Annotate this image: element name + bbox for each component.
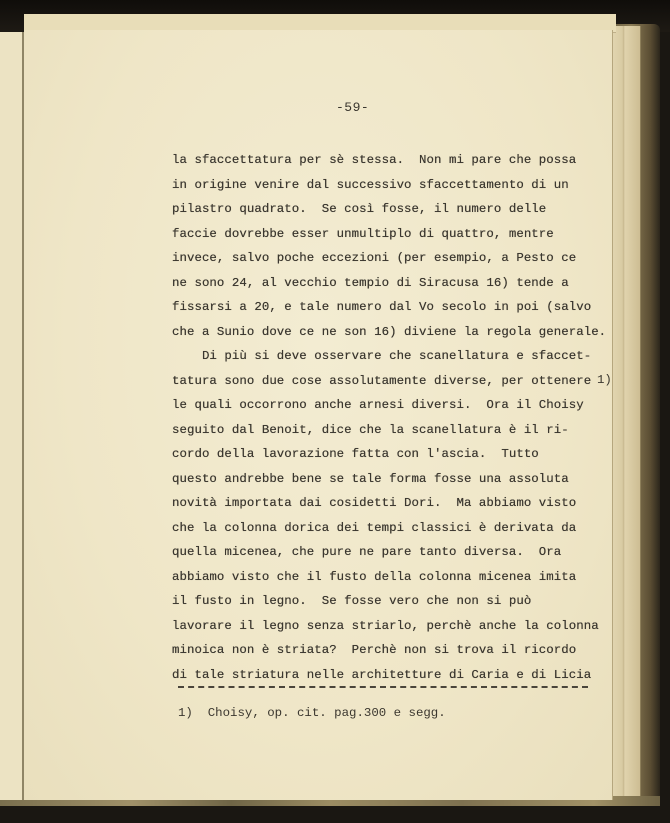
text-line: novità importata dai cosidetti Dori. Ma … [172, 491, 612, 516]
text-line: faccie dovrebbe esser unmultiplo di quat… [172, 222, 612, 247]
text-line: quella micenea, che pure ne pare tanto d… [172, 540, 612, 565]
page-number: -59- [336, 100, 369, 115]
text-line: che la colonna dorica dei tempi classici… [172, 516, 612, 541]
text-line: fissarsi a 20, e tale numero dal Vo seco… [172, 295, 612, 320]
text-line: in origine venire dal successivo sfaccet… [172, 173, 612, 198]
text-line: minoica non è striata? Perchè non si tro… [172, 638, 612, 663]
text-line: di tale striatura nelle architetture di … [172, 663, 612, 688]
footnote-separator-line [178, 686, 588, 688]
text-line: invece, salvo poche eccezioni (per esemp… [172, 246, 612, 271]
text-line: pilastro quadrato. Se così fosse, il num… [172, 197, 612, 222]
body-text: la sfaccettatura per sè stessa. Non mi p… [172, 148, 612, 687]
text-line: cordo della lavorazione fatta con l'asci… [172, 442, 612, 467]
text-line: seguito dal Benoit, dice che la scanella… [172, 418, 612, 443]
text-line: tatura sono due cose assolutamente diver… [172, 369, 612, 394]
footnote-text: 1) Choisy, op. cit. pag.300 e segg. [178, 706, 446, 720]
text-line: il fusto in legno. Se fosse vero che non… [172, 589, 612, 614]
text-line: ne sono 24, al vecchio tempio di Siracus… [172, 271, 612, 296]
previous-page-edge [0, 32, 24, 800]
text-line: le quali occorrono anche arnesi diversi.… [172, 393, 612, 418]
text-line: abbiamo visto che il fusto della colonna… [172, 565, 612, 590]
text-line: la sfaccettatura per sè stessa. Non mi p… [172, 148, 612, 173]
footnote-reference-marker: 1) [597, 373, 612, 387]
text-line: questo andrebbe bene se tale forma fosse… [172, 467, 612, 492]
text-line: che a Sunio dove ce ne son 16) diviene l… [172, 320, 612, 345]
text-line: Di più si deve osservare che scanellatur… [172, 344, 612, 369]
text-line: lavorare il legno senza striarlo, perchè… [172, 614, 612, 639]
